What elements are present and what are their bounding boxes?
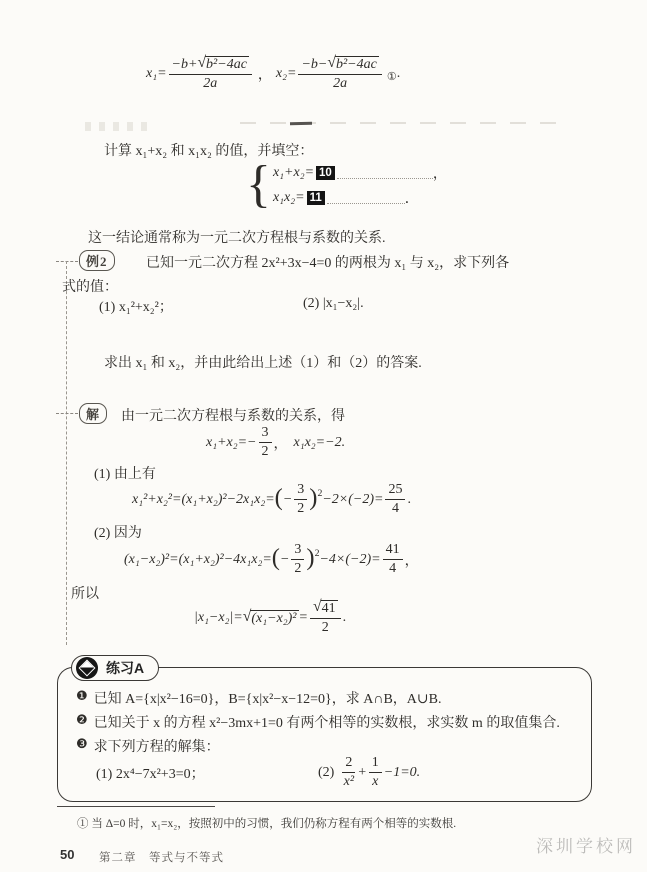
sub2-den2: x xyxy=(372,773,378,790)
item-1-text: 已知 A={x|x²−16=0}，B={x|x²−x−12=0}，求 A∩B，A… xyxy=(94,688,442,708)
eq3-num: 3 xyxy=(291,542,304,560)
eq1-num: 3 xyxy=(259,425,272,443)
eq4-equals: = xyxy=(299,610,308,626)
eq4-pre: |x₁−x₂|= xyxy=(194,610,243,626)
exercise-sub-equation-1: (1) 2x⁴−7x²+3=0； xyxy=(96,763,205,783)
product-tail: ． xyxy=(405,188,419,208)
formula-period: . xyxy=(397,66,401,82)
sub2-plus: + xyxy=(357,765,366,781)
eq1-den: 2 xyxy=(262,443,269,460)
item-3-text: 求下列方程的解集： xyxy=(94,736,220,756)
eq2-post: −2×(−2)= xyxy=(322,492,383,508)
solution-label: 解 xyxy=(79,403,107,424)
fill-blank-sum xyxy=(337,166,433,179)
eq1-fraction: 32 xyxy=(259,425,272,460)
eq4-radical-sign: √ xyxy=(243,609,252,625)
product-lhs: x₁x₂= xyxy=(273,190,305,206)
eq4-sqrt: √(x₁−x₂)² xyxy=(243,610,299,627)
eq1-pre: x₁+x₂=− xyxy=(206,435,257,451)
conclusion-text: 这一结论通常称为一元二次方程根与系数的关系. xyxy=(88,227,386,247)
watermark-text: 深圳学校网 xyxy=(536,832,636,857)
scan-smudge-dashes xyxy=(240,122,560,124)
radicand-2: b²−4ac xyxy=(335,56,379,73)
left-brace: { xyxy=(246,162,271,209)
diamond-icon xyxy=(76,657,98,679)
example-label: 例2 xyxy=(79,250,115,271)
sub2-label: (2) xyxy=(318,765,334,781)
eq2-num: 3 xyxy=(294,482,307,500)
solution-intro: 由一元二次方程根与系数的关系，得 xyxy=(121,405,345,425)
exercise-tab-label: 练习A xyxy=(106,658,144,678)
sub2-fraction-1: 2x² xyxy=(342,755,355,790)
quadratic-roots-formula: x₁= −b+√b²−4ac 2a ， x₂= −b−√b²−4ac 2a ① … xyxy=(146,56,400,92)
eq2-result-num: 25 xyxy=(385,482,405,500)
eq4-num-radicand: 41 xyxy=(321,600,338,617)
eq4-num-radical-sign: √ xyxy=(313,599,322,615)
example-connector-line xyxy=(56,261,78,262)
example-margin-dashed-line xyxy=(66,261,67,645)
eq2-result-fraction: 254 xyxy=(385,482,405,517)
x2-num-pre: −b− xyxy=(301,57,327,73)
equation-difference-squared: (x₁−x₂)²=(x₁+x₂)²−4x₁x₂= ( − 32 ) 2 −4×(… xyxy=(124,542,419,577)
equation-sum-of-squares: x₁²+x₂²=(x₁+x₂)²−2x₁x₂= ( − 32 ) 2 −2×(−… xyxy=(132,482,411,517)
eq4-radicand: (x₁−x₂)² xyxy=(250,610,298,627)
exercise-item-1: ❶ 已知 A={x|x²−16=0}，B={x|x²−x−12=0}，求 A∩B… xyxy=(76,688,442,708)
solution-step1-heading: (1) 由上有 xyxy=(94,463,156,483)
exercise-tab: 练习A xyxy=(71,655,159,681)
page-number: 50 xyxy=(60,847,74,862)
sub2-post: −1=0. xyxy=(384,765,420,781)
radical-sign-2: √ xyxy=(327,55,336,71)
eq3-result-den: 4 xyxy=(389,560,396,577)
system-line-product: x₁x₂= 11 ． xyxy=(273,185,447,210)
eq4-num-sqrt: √41 xyxy=(313,600,338,617)
item-2-marker: ❷ xyxy=(76,712,88,729)
sub2-num1: 2 xyxy=(342,755,355,773)
eq3-minus: − xyxy=(280,552,289,568)
sqrt-discriminant-2: √b²−4ac xyxy=(327,56,378,73)
eq3-post: −4×(−2)= xyxy=(319,552,380,568)
eq1-tail: x₁x₂=−2. xyxy=(294,435,346,451)
eq3-fraction: 32 xyxy=(291,542,304,577)
fraction-x2: −b−√b²−4ac 2a xyxy=(298,56,381,92)
answer-badge-11: 11 xyxy=(307,191,325,205)
sqrt-discriminant: √b²−4ac xyxy=(197,56,248,73)
eq1-separator: ， xyxy=(274,433,288,453)
item-3-marker: ❸ xyxy=(76,736,88,753)
footnote-divider xyxy=(57,806,215,807)
compute-prompt: 计算 x₁+x₂ 和 x₁x₂ 的值，并填空： xyxy=(104,140,313,160)
x1-lead: x₁= xyxy=(146,66,167,82)
sum-lhs: x₁+x₂= xyxy=(273,165,314,181)
radicand: b²−4ac xyxy=(205,56,249,73)
scan-smudge-mark xyxy=(290,122,312,125)
x1-den: 2a xyxy=(203,75,217,92)
sub2-num2: 1 xyxy=(369,755,382,773)
exercise-item-3: ❸ 求下列方程的解集： xyxy=(76,736,220,756)
fill-blank-product xyxy=(327,191,405,204)
formula-separator: ， xyxy=(258,64,272,84)
radical-sign: √ xyxy=(197,55,206,71)
fill-in-system: { x₁+x₂= 10 ， x₁x₂= 11 ． xyxy=(246,160,447,210)
eq2-fraction: 32 xyxy=(294,482,307,517)
eq3-result-num: 41 xyxy=(383,542,403,560)
answer-badge-10: 10 xyxy=(316,166,335,180)
eq2-exponent: 2 xyxy=(317,488,322,499)
x2-den: 2a xyxy=(333,75,347,92)
equation-absolute-difference: |x₁−x₂|= √(x₁−x₂)² = √41 2 . xyxy=(194,600,346,636)
eq2-period: . xyxy=(407,492,411,508)
eq3-right-paren: ) xyxy=(306,546,314,571)
eq3-pre: (x₁−x₂)²=(x₁+x₂)²−4x₁x₂= xyxy=(124,552,272,568)
exercise-item-2: ❷ 已知关于 x 的方程 x²−3mx+1=0 有两个相等的实数根，求实数 m … xyxy=(76,712,560,732)
solution-step2-heading: (2) 因为 xyxy=(94,522,142,542)
solution-conjunction: 所以 xyxy=(71,583,99,603)
footnote-ref-mark: ① xyxy=(387,70,397,83)
item-2-text: 已知关于 x 的方程 x²−3mx+1=0 有两个相等的实数根，求实数 m 的取… xyxy=(94,712,560,732)
sub2-den1: x² xyxy=(344,773,354,790)
sub2-fraction-2: 1x xyxy=(369,755,382,790)
solution-connector-line xyxy=(56,413,78,414)
eq2-minus: − xyxy=(283,492,292,508)
textbook-page: x₁= −b+√b²−4ac 2a ， x₂= −b−√b²−4ac 2a ① … xyxy=(0,0,647,872)
example-statement-line1: 已知一元二次方程 2x²+3x−4=0 的两根为 x₁ 与 x₂，求下列各 xyxy=(146,252,509,272)
equation-sum-product: x₁+x₂=− 32 ， x₁x₂=−2. xyxy=(206,425,345,460)
system-line-sum: x₁+x₂= 10 ， xyxy=(273,160,447,185)
scan-smudge-left xyxy=(85,122,155,131)
system-lines: x₁+x₂= 10 ， x₁x₂= 11 ． xyxy=(273,160,447,210)
eq3-exponent: 2 xyxy=(315,548,320,559)
eq3-den: 2 xyxy=(294,560,301,577)
example-statement-line2: 式的值： xyxy=(62,276,118,296)
eq2-right-paren: ) xyxy=(309,486,317,511)
footnote-text: ① 当 Δ=0 时，x₁=x₂，按照初中的习惯，我们仍称方程有两个相等的实数根. xyxy=(77,815,456,831)
example-item-1: (1) x₁²+x₂²； xyxy=(99,296,173,316)
eq2-pre: x₁²+x₂²=(x₁+x₂)²−2x₁x₂= xyxy=(132,492,275,508)
fraction-x1: −b+√b²−4ac 2a xyxy=(169,56,252,92)
x1-num-pre: −b+ xyxy=(172,57,198,73)
eq2-left-paren: ( xyxy=(275,486,283,511)
x2-lead: x₂= xyxy=(276,66,297,82)
try-prompt: 求出 x₁ 和 x₂，并由此给出上述（1）和（2）的答案. xyxy=(104,352,422,372)
eq4-period: . xyxy=(343,610,347,626)
chapter-title: 第二章 等式与不等式 xyxy=(99,849,224,865)
eq3-left-paren: ( xyxy=(272,546,280,571)
eq2-result-den: 4 xyxy=(392,500,399,517)
example-item-2: (2) |x₁−x₂|. xyxy=(303,296,364,312)
eq3-result-fraction: 414 xyxy=(383,542,403,577)
exercise-sub-equation-2: (2) 2x² + 1x −1=0. xyxy=(318,755,420,790)
sum-tail: ， xyxy=(433,163,447,183)
item-1-marker: ❶ xyxy=(76,688,88,705)
eq4-result-den: 2 xyxy=(322,619,329,636)
eq3-comma: ， xyxy=(405,550,419,570)
eq4-result-fraction: √41 2 xyxy=(310,600,341,636)
eq2-den: 2 xyxy=(297,500,304,517)
